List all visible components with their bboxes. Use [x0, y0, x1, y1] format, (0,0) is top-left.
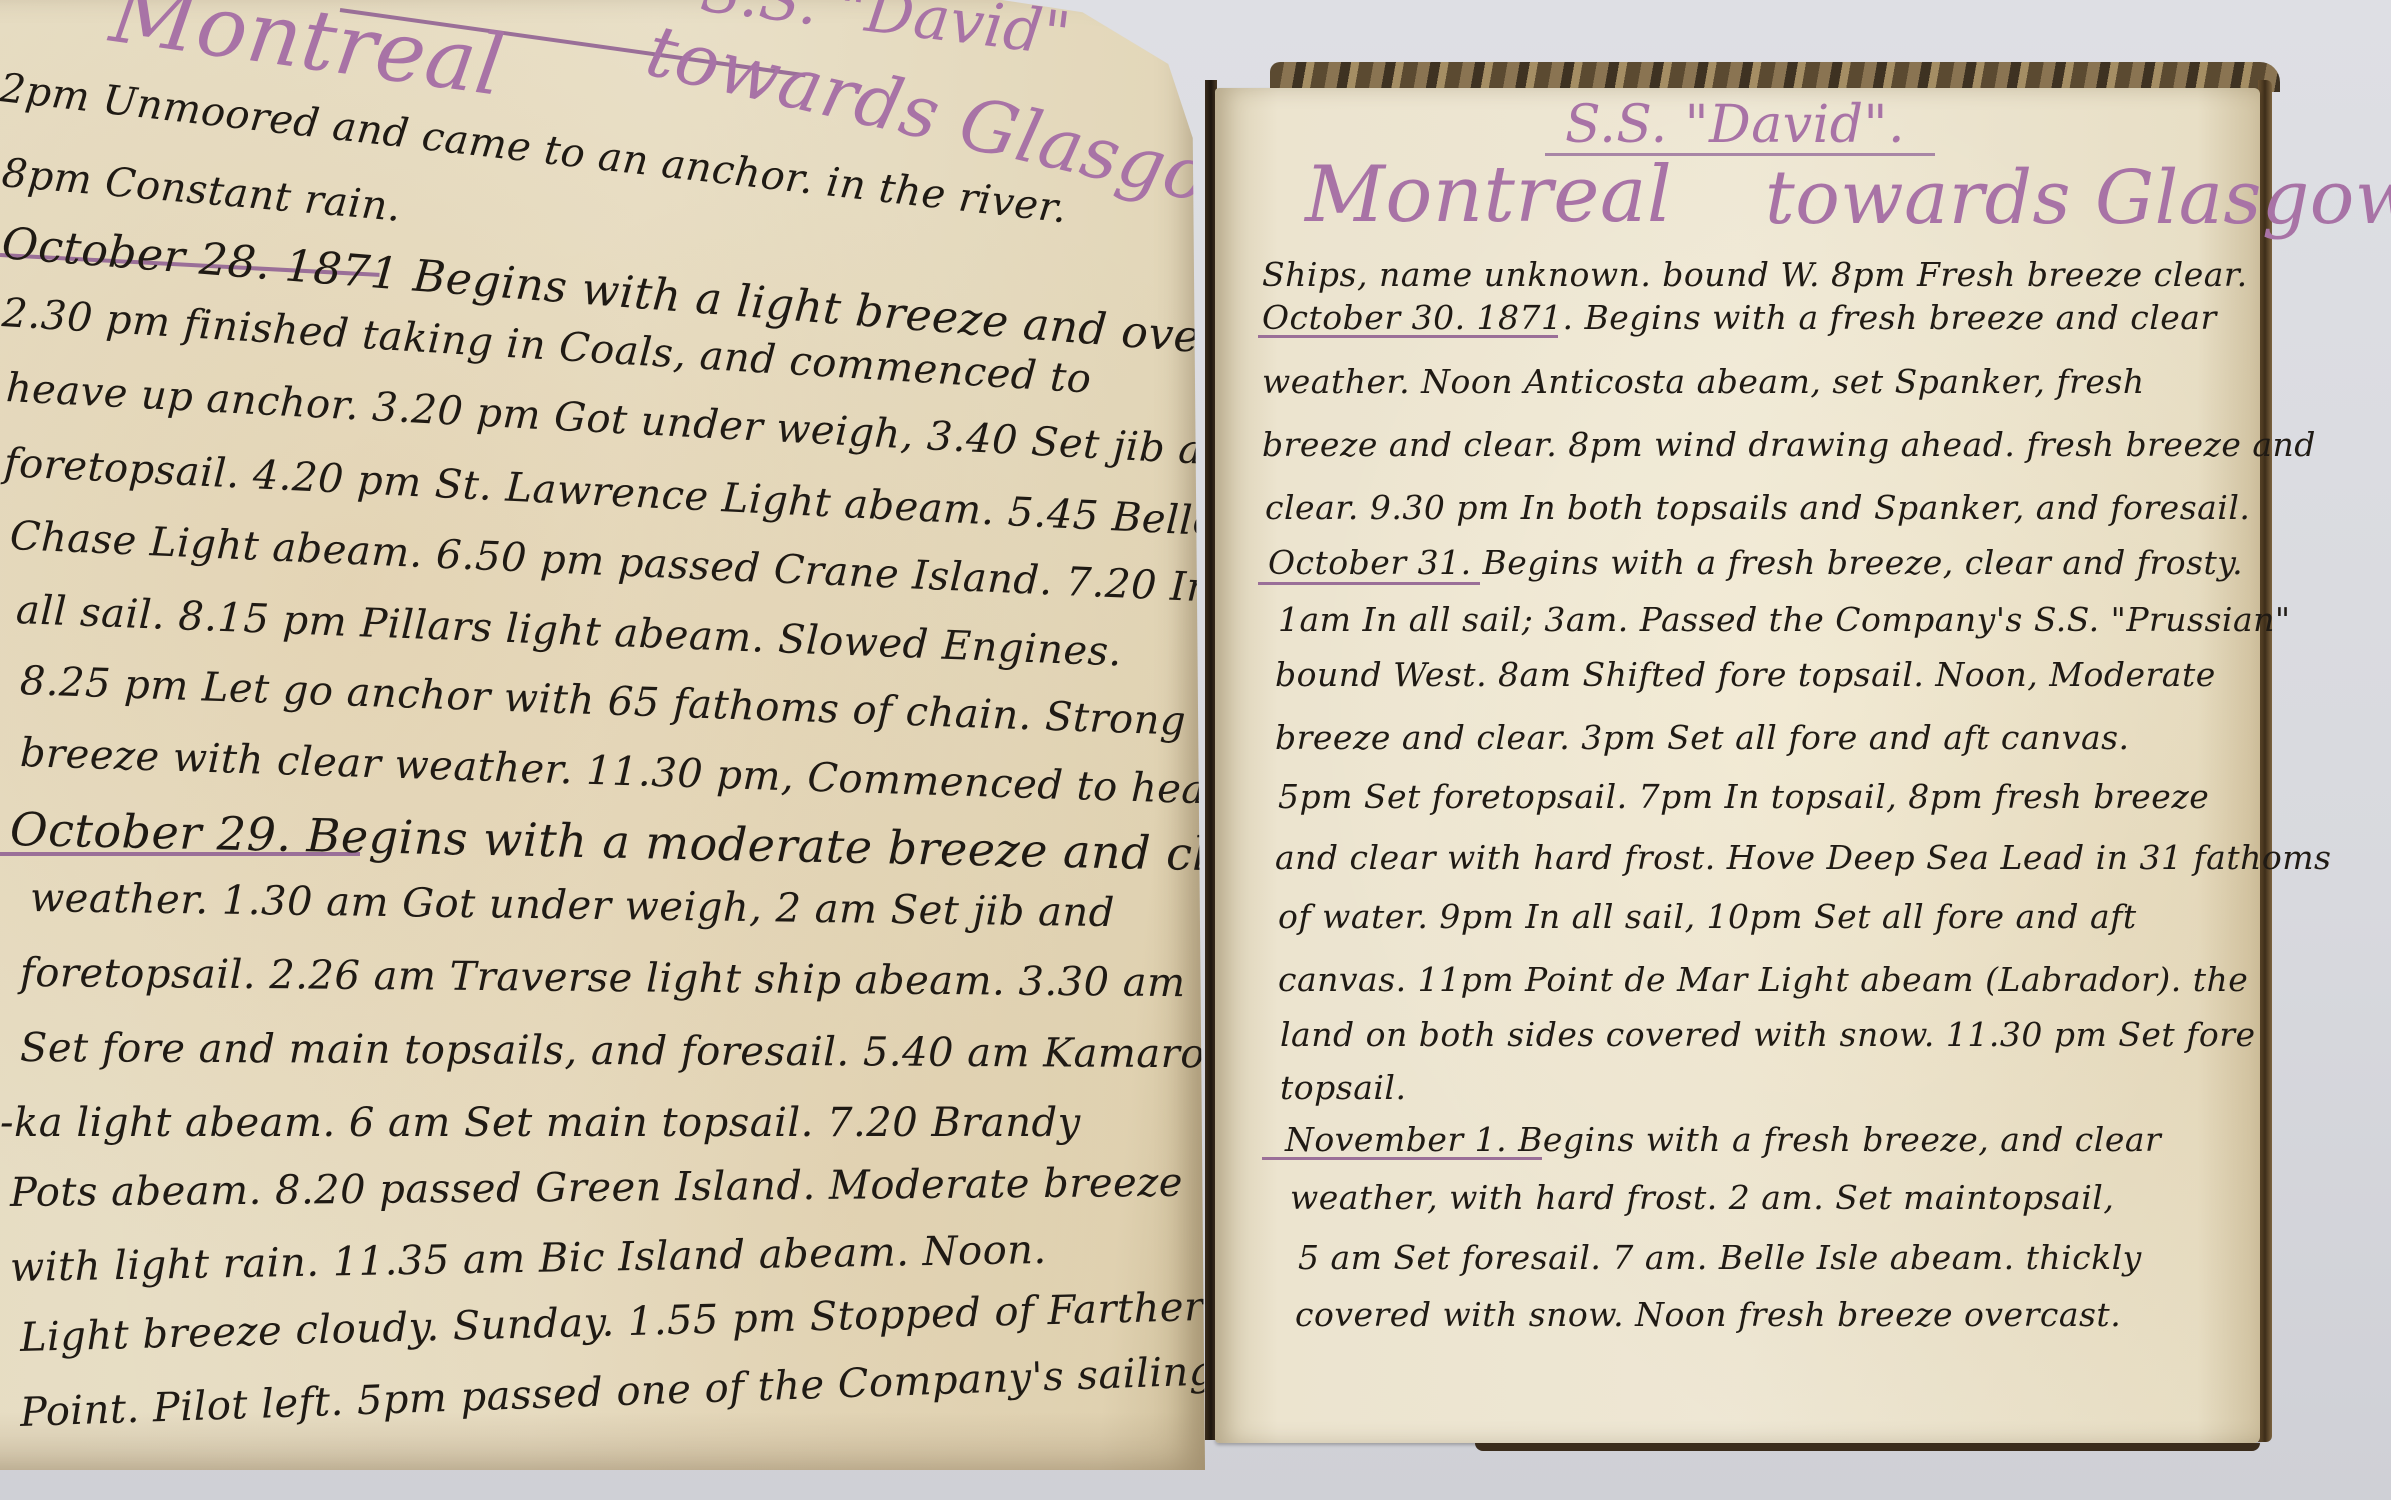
ship-name-heading: S.S. "David".: [1565, 95, 1905, 155]
page-bottom-edge: [1475, 1443, 2260, 1451]
log-line: land on both sides covered with snow. 11…: [1280, 1015, 2256, 1054]
date-underline: [1258, 582, 1480, 585]
log-line: with light rain. 11.35 am Bic Island abe…: [10, 1227, 1047, 1291]
log-line: breeze and clear. 8pm wind drawing ahead…: [1262, 425, 2316, 464]
route-to-heading: towards Glasgow.: [1765, 155, 2391, 241]
log-line: 8pm Constant rain.: [0, 150, 403, 231]
log-line: clear. 9.30 pm In both topsails and Span…: [1265, 488, 2250, 527]
log-line: foretopsail. 2.26 am Traverse light ship…: [20, 950, 1186, 1006]
log-line: 5 am Set foresail. 7 am. Belle Isle abea…: [1298, 1238, 2142, 1277]
log-line: of water. 9pm In all sail, 10pm Set all …: [1278, 897, 2137, 936]
left-page: S.S. "David" Montreal towards Glasgow. 2…: [0, 0, 1205, 1470]
log-line: breeze and clear. 3pm Set all fore and a…: [1275, 718, 2130, 757]
log-line: 1am In all sail; 3am. Passed the Company…: [1278, 600, 2291, 639]
log-line: Light breeze cloudy. Sunday. 1.55 pm Sto…: [19, 1284, 1204, 1361]
log-line: covered with snow. Noon fresh breeze ove…: [1295, 1295, 2121, 1334]
book-cover-side: [2258, 80, 2272, 1442]
log-line: weather. 1.30 am Got under weigh, 2 am S…: [30, 875, 1115, 936]
log-line: Pots abeam. 8.20 passed Green Island. Mo…: [10, 1160, 1183, 1216]
log-line: canvas. 11pm Point de Mar Light abeam (L…: [1278, 960, 2248, 999]
log-line: and clear with hard frost. Hove Deep Sea…: [1275, 838, 2331, 877]
log-line-date-entry: November 1. Begins with a fresh breeze, …: [1285, 1120, 2161, 1159]
log-line: -ka light abeam. 6 am Set main topsail. …: [0, 1100, 1081, 1146]
log-line: weather, with hard frost. 2 am. Set main…: [1290, 1178, 2114, 1217]
log-line: 5pm Set foretopsail. 7pm In topsail, 8pm…: [1278, 777, 2209, 816]
log-line-date-entry: October 31. Begins with a fresh breeze, …: [1268, 543, 2243, 582]
route-from-heading: Montreal: [1305, 150, 1672, 240]
open-logbook: S.S. "David" Montreal towards Glasgow. 2…: [0, 0, 2391, 1500]
log-line-date-entry: October 29. Begins with a moderate breez…: [9, 802, 1286, 883]
log-line: topsail.: [1280, 1068, 1406, 1107]
log-line: bound West. 8am Shifted fore topsail. No…: [1275, 655, 2216, 694]
log-line: Set fore and main topsails, and foresail…: [20, 1025, 1252, 1077]
log-line: weather. Noon Anticosta abeam, set Spank…: [1262, 362, 2145, 401]
log-line: breeze with clear weather. 11.30 pm, Com…: [19, 730, 1332, 817]
log-line: Ships, name unknown. bound W. 8pm Fresh …: [1262, 255, 2248, 294]
log-line-date-entry: October 30. 1871. Begins with a fresh br…: [1262, 298, 2217, 337]
